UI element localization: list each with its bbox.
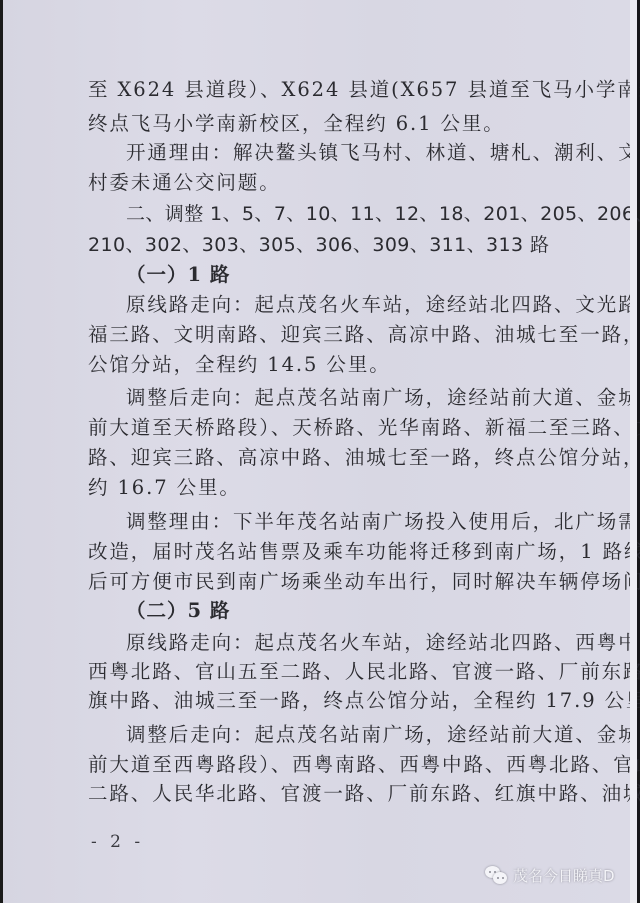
page-number: - 2 - (91, 832, 144, 852)
text-line: 二路、人民华北路、官渡一路、厂前东路、红旗中路、油城三至 (88, 781, 570, 807)
text-line: 原线路走向：起点茂名火车站，途经站北四路、西粤中路、 (126, 630, 570, 656)
subheading-route-5: （二）5 路 (126, 598, 570, 624)
text-line: 至 X624 县道段）、X624 县道(X657 县道至飞马小学南新校区段), (88, 77, 570, 103)
subheading-route-1: （一）1 路 (126, 262, 570, 288)
text-line: 终点飞马小学南新校区，全程约 6.1 公里。 (88, 111, 570, 137)
section-heading-cont: 210、302、303、305、306、309、311、313 路 (88, 232, 570, 258)
text-line: 调整后走向：起点茂名站南广场，途经站前大道、金城路（站 (126, 722, 570, 748)
section-heading: 二、调整 1、5、7、10、11、12、18、201、205、206、207、 (126, 201, 570, 227)
text-line: 调整后走向：起点茂名站南广场，途经站前大道、金城路（站 (126, 385, 570, 411)
text-line: 福三路、文明南路、迎宾三路、高凉中路、油城七至一路，终点 (88, 322, 570, 348)
text-line: 后可方便市民到南广场乘坐动车出行，同时解决车辆停场问题。 (88, 569, 570, 595)
text-line: 前大道至西粤路段）、西粤南路、西粤中路、西粤北路、官山五至 (88, 752, 570, 778)
text-line: 西粤北路、官山五至二路、人民北路、官渡一路、厂前东路、红 (88, 659, 570, 685)
text-line: 路、迎宾三路、高凉中路、油城七至一路，终点公馆分站，全程 (88, 445, 570, 471)
watermark-text: 茂名今日睇真D (513, 865, 615, 886)
paragraph-reason: 开通理由：解决鳌头镇飞马村、林道、塘札、潮利、文庆等 (126, 140, 570, 166)
wechat-icon (485, 866, 509, 886)
text-line: 前大道至天桥路段）、天桥路、光华南路、新福二至三路、文明南 (88, 415, 570, 441)
text-line: 调整理由：下半年茂名站南广场投入使用后，北广场需封闭 (126, 509, 570, 535)
text-line: 原线路走向：起点茂名火车站，途经站北四路、文光路、新 (126, 292, 570, 318)
page-edge (630, 0, 637, 903)
scanned-page: 至 X624 县道段）、X624 县道(X657 县道至飞马小学南新校区段), … (3, 0, 630, 903)
text-line: 公馆分站，全程约 14.5 公里。 (88, 352, 570, 378)
text-line: 旗中路、油城三至一路，终点公馆分站，全程约 17.9 公里。 (88, 688, 570, 714)
watermark: 茂名今日睇真D (485, 865, 615, 886)
text-line: 约 16.7 公里。 (88, 475, 570, 501)
text-line: 改造，届时茂名站售票及乘车功能将迁移到南广场，1 路线调整 (88, 539, 570, 565)
text-line: 村委未通公交问题。 (88, 170, 570, 196)
